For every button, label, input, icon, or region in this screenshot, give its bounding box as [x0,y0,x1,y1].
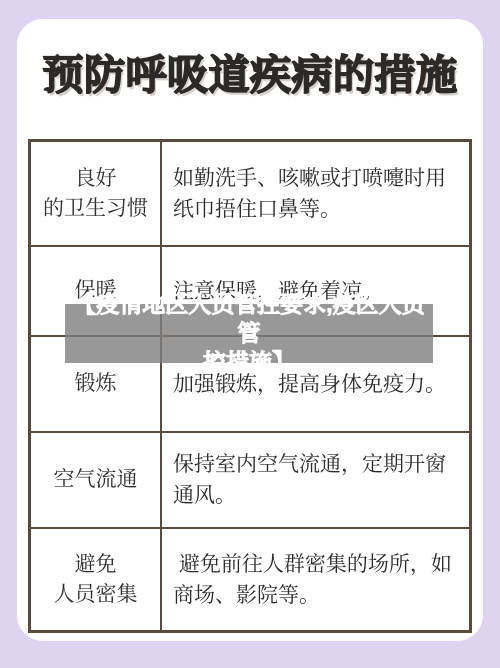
page-title: 预防呼吸道疾病的措施 [17,19,483,97]
measure-name: 良好 的卫生习惯 [31,142,162,245]
table-row: 避免 人员密集 避免前往人群密集的场所，如商场、影院等。 [31,527,469,630]
measure-description: 保持室内空气流通，定期开窗通风。 [162,433,469,527]
watermark-text: 【疫情地区人员管控要求,疫区人员管 控措施】 [65,290,433,377]
watermark-overlay: 【疫情地区人员管控要求,疫区人员管 控措施】 [65,304,433,363]
measure-description: 如勤洗手、咳嗽或打喷嚏时用纸巾捂住口鼻等。 [162,142,469,245]
table-row: 空气流通 保持室内空气流通，定期开窗通风。 [31,431,469,527]
measure-name: 空气流通 [31,433,162,527]
measure-name: 避免 人员密集 [31,529,162,630]
measures-table: 良好 的卫生习惯 如勤洗手、咳嗽或打喷嚏时用纸巾捂住口鼻等。 保暖 注意保暖，避… [28,139,472,633]
table-row: 良好 的卫生习惯 如勤洗手、咳嗽或打喷嚏时用纸巾捂住口鼻等。 [31,142,469,245]
measure-description: 避免前往人群密集的场所，如商场、影院等。 [162,529,469,630]
page-background: 预防呼吸道疾病的措施 良好 的卫生习惯 如勤洗手、咳嗽或打喷嚏时用纸巾捂住口鼻等… [0,0,500,668]
